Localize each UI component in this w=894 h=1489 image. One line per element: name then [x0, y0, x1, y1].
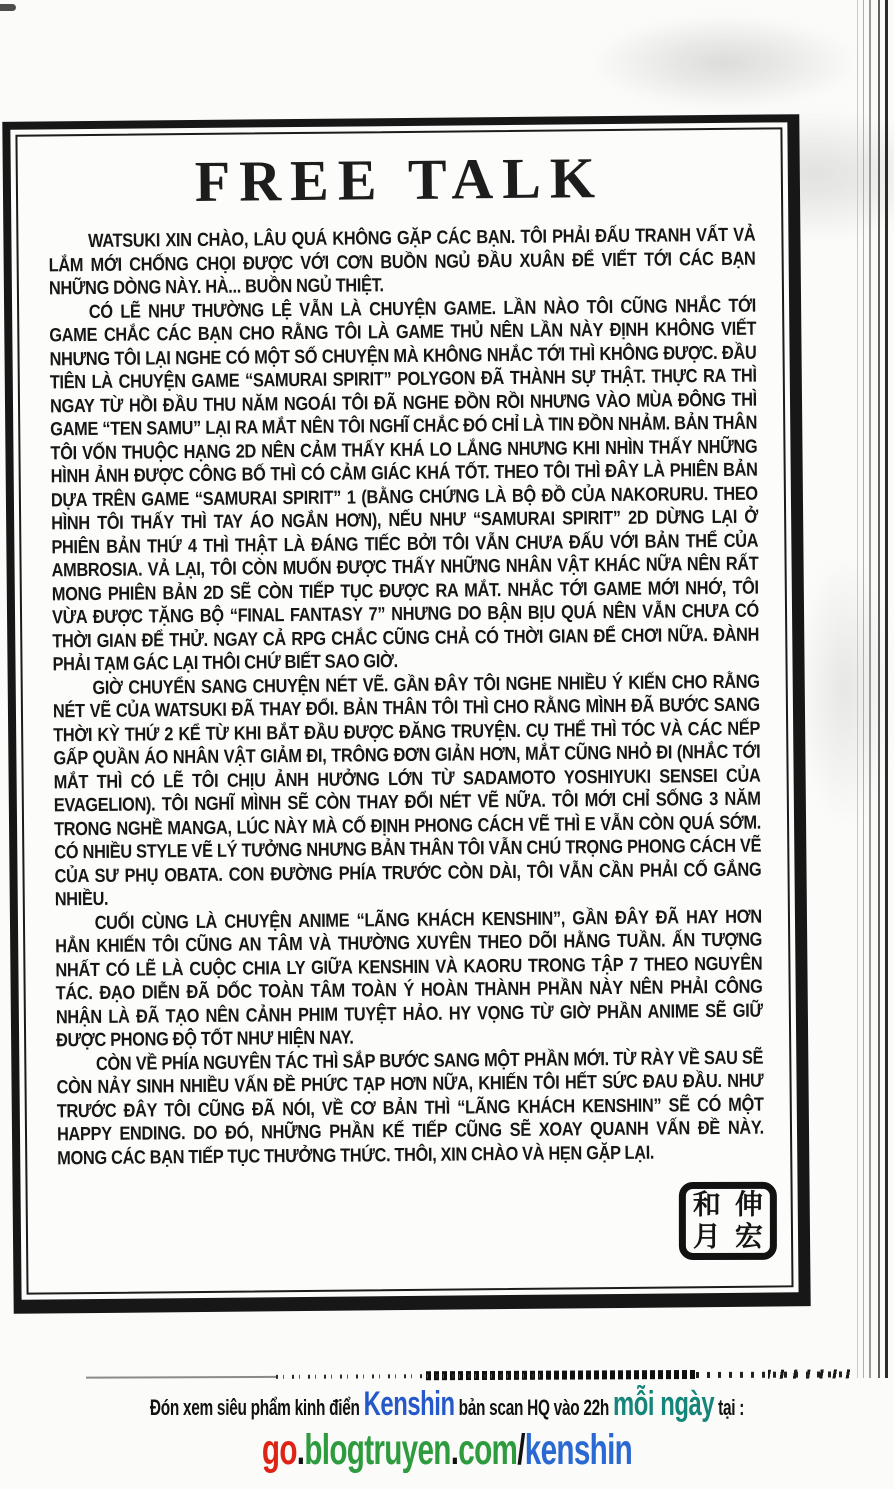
paragraph-closing: CÒN VỀ PHÍA NGUYÊN TÁC THÌ SẮP BƯỚC SANG…	[56, 1046, 764, 1170]
seal-kanji-top-right: 伸	[735, 1191, 763, 1219]
page-edge-scan-lines	[854, 0, 894, 1378]
url-tld: com	[458, 1426, 517, 1474]
footer-text-suffix: tại :	[714, 1395, 744, 1420]
footer-text-middle: bản scan HQ vào 22h	[455, 1395, 613, 1420]
credit-footer: Đón xem siêu phẩm kinh điển Kenshin bản …	[0, 1383, 894, 1474]
paragraph-greeting: WATSUKI XIN CHÀO, LÂU QUÁ KHÔNG GẶP CÁC …	[48, 224, 755, 301]
url-path: kenshin	[525, 1426, 632, 1474]
url-domain: blogtruyen	[304, 1426, 450, 1474]
scan-artifact-dash	[0, 4, 16, 11]
paragraph-art-style: GIỜ CHUYỂN SANG CHUYỆN NÉT VẼ. GẦN ĐÂY T…	[53, 670, 762, 912]
free-talk-panel: FREE TALK WATSUKI XIN CHÀO, LÂU QUÁ KHÔN…	[2, 114, 810, 1314]
scan-noise-strip	[86, 1369, 858, 1382]
free-talk-body: WATSUKI XIN CHÀO, LÂU QUÁ KHÔNG GẶP CÁC …	[48, 224, 764, 1171]
seal-kanji-top-left: 和	[693, 1191, 721, 1219]
page-title: FREE TALK	[18, 145, 782, 214]
footer-daily-highlight: mỗi ngày	[613, 1385, 714, 1423]
footer-url-line: go.blogtruyen.com/kenshin	[139, 1426, 756, 1474]
free-talk-panel-inner-border: FREE TALK WATSUKI XIN CHÀO, LÂU QUÁ KHÔN…	[15, 127, 793, 1294]
paragraph-game-talk: CÓ LẼ NHƯ THƯỜNG LỆ VẪN LÀ CHUYỆN GAME. …	[49, 294, 759, 677]
seal-kanji-bottom-left: 月	[693, 1223, 721, 1251]
footer-announcement-line: Đón xem siêu phẩm kinh điển Kenshin bản …	[134, 1383, 760, 1429]
scanned-manga-page: FREE TALK WATSUKI XIN CHÀO, LÂU QUÁ KHÔN…	[0, 0, 894, 1489]
url-slash: /	[517, 1426, 525, 1474]
footer-text-prefix: Đón xem siêu phẩm kinh điển	[150, 1395, 364, 1420]
footer-kenshin-highlight: Kenshin	[364, 1385, 455, 1423]
url-subdomain: go	[262, 1426, 297, 1474]
author-seal-stamp: 和 伸 月 宏	[679, 1182, 777, 1260]
scan-smudge	[590, 15, 860, 110]
seal-kanji-bottom-right: 宏	[735, 1223, 763, 1251]
paragraph-anime: CUỐI CÙNG LÀ CHUYỆN ANIME “LÃNG KHÁCH KE…	[55, 905, 763, 1053]
